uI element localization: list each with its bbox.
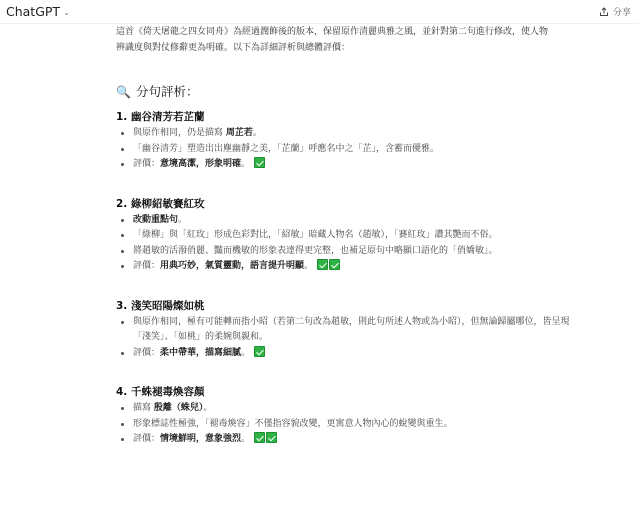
list-item: 評價：情境鮮明，意象強烈。 xyxy=(116,432,586,448)
check-mark-icon xyxy=(254,432,265,443)
model-selector[interactable]: ChatGPT ⌄ xyxy=(6,4,70,19)
bullet-list: 描寫 殷離（蛛兒）。 形象標誌性極強，「褪毒煥容」不僅指容貌改變，更寓意人物內心… xyxy=(116,401,586,448)
bold-text: 周芷若 xyxy=(226,128,253,138)
text: 。 xyxy=(241,434,250,444)
text: 評價： xyxy=(133,261,160,271)
list-item: 將趙敏的活潑俏麗、豔而機敏的形象表達得更完整，也補足原句中略顯口語化的「俏嬌敏」… xyxy=(116,244,586,260)
list-item: 「幽谷清芳」塑造出出塵幽靜之美，「芷蘭」呼應名中之「芷」，含蓄而優雅。 xyxy=(116,142,586,158)
analysis-item-3: 3. 淺笑昭陽燦如桃 與原作相同，極有可能轉而指小昭（若第二句改為趙敏，則此句所… xyxy=(116,297,586,362)
bold-text: 改動重點句 xyxy=(133,215,178,225)
assistant-message: 這首《倚天屠龍之四女同舟》為經過潤飾後的版本，保留原作清麗典雅之風，並針對第二句… xyxy=(116,24,586,448)
section-title-text: 分句評析： xyxy=(136,84,199,100)
intro-line-2: 辨識度與對仗修辭更為明確。以下為詳細評析與總體評價： xyxy=(116,40,586,56)
share-upload-icon xyxy=(599,7,609,17)
list-item: 「綠柳」與「紅玫」形成色彩對比，「紹敏」暗藏人物名（趙敏），「賽紅玫」讚其艷而不… xyxy=(116,228,586,244)
text: 將趙敏的活潑俏麗、豔而機敏的形象表達得更完整，也補足原句中略顯口語化的「俏嬌敏」… xyxy=(133,246,498,256)
list-item: 評價：意境高潔，形象明確。 xyxy=(116,157,586,173)
check-mark-icon xyxy=(329,259,340,270)
magnifier-icon: 🔍 xyxy=(116,84,131,100)
item-title: 3. 淺笑昭陽燦如桃 xyxy=(116,297,586,315)
list-item: 形象標誌性極強，「褪毒煥容」不僅指容貌改變，更寓意人物內心的蛻變與重生。 xyxy=(116,417,586,433)
bullet-list: 改動重點句。 「綠柳」與「紅玫」形成色彩對比，「紹敏」暗藏人物名（趙敏），「賽紅… xyxy=(116,213,586,275)
item-title: 2. 綠柳紹敏賽紅玫 xyxy=(116,195,586,213)
top-bar: ChatGPT ⌄ 分享 xyxy=(0,0,639,24)
check-mark-icon xyxy=(254,157,265,168)
text: 評價： xyxy=(133,434,160,444)
bold-text: 柔中帶華，描寫細膩 xyxy=(160,348,241,358)
check-mark-icon xyxy=(317,259,328,270)
item-title: 1. 幽谷清芳若芷蘭 xyxy=(116,108,586,126)
text: 。 xyxy=(178,215,187,225)
text: 。 xyxy=(241,348,250,358)
list-item: 與原作相同，極有可能轉而指小昭（若第二句改為趙敏，則此句所述人物或為小昭），但無… xyxy=(116,315,586,346)
list-item: 改動重點句。 xyxy=(116,213,586,229)
text: 描寫 xyxy=(133,403,154,413)
share-label: 分享 xyxy=(613,5,631,18)
chevron-down-icon: ⌄ xyxy=(63,8,70,17)
list-item: 與原作相同，仍是描寫 周芷若。 xyxy=(116,126,586,142)
section-heading: 🔍 分句評析： xyxy=(116,82,586,102)
text: 。 xyxy=(253,128,262,138)
bold-text: 情境鮮明，意象強烈 xyxy=(160,434,241,444)
analysis-item-1: 1. 幽谷清芳若芷蘭 與原作相同，仍是描寫 周芷若。 「幽谷清芳」塑造出出塵幽靜… xyxy=(116,108,586,173)
share-button[interactable]: 分享 xyxy=(599,5,631,18)
intro-line-1: 這首《倚天屠龍之四女同舟》為經過潤飾後的版本，保留原作清麗典雅之風，並針對第二句… xyxy=(116,24,586,40)
bold-text: 意境高潔，形象明確 xyxy=(160,159,241,169)
text: 「綠柳」與「紅玫」形成色彩對比，「紹敏」暗藏人物名（趙敏），「賽紅玫」讚其艷而不… xyxy=(133,230,498,240)
check-mark-icon xyxy=(266,432,277,443)
text: 評價： xyxy=(133,159,160,169)
bullet-list: 與原作相同，極有可能轉而指小昭（若第二句改為趙敏，則此句所述人物或為小昭），但無… xyxy=(116,315,586,362)
text: 「幽谷清芳」塑造出出塵幽靜之美，「芷蘭」呼應名中之「芷」，含蓄而優雅。 xyxy=(133,144,439,154)
bold-text: 用典巧妙，氣質靈動，語言提升明顯 xyxy=(160,261,304,271)
text: 。 xyxy=(304,261,313,271)
text: 。 xyxy=(203,403,212,413)
text: 形象標誌性極強，「褪毒煥容」不僅指容貌改變，更寓意人物內心的蛻變與重生。 xyxy=(133,419,453,429)
list-item: 評價：用典巧妙，氣質靈動，語言提升明顯。 xyxy=(116,259,586,275)
intro-paragraph: 這首《倚天屠龍之四女同舟》為經過潤飾後的版本，保留原作清麗典雅之風，並針對第二句… xyxy=(116,24,586,56)
text: 與原作相同，仍是描寫 xyxy=(133,128,226,138)
text: 評價： xyxy=(133,348,160,358)
analysis-item-4: 4. 千蛛褪毒煥容顏 描寫 殷離（蛛兒）。 形象標誌性極強，「褪毒煥容」不僅指容… xyxy=(116,383,586,448)
list-item: 描寫 殷離（蛛兒）。 xyxy=(116,401,586,417)
text: 。 xyxy=(241,159,250,169)
app-title: ChatGPT xyxy=(6,4,60,19)
item-title: 4. 千蛛褪毒煥容顏 xyxy=(116,383,586,401)
text: 與原作相同，極有可能轉而指小昭（若第二句改為趙敏，則此句所述人物或為小昭），但無… xyxy=(133,317,570,343)
bold-text: 殷離（蛛兒） xyxy=(154,403,204,413)
bullet-list: 與原作相同，仍是描寫 周芷若。 「幽谷清芳」塑造出出塵幽靜之美，「芷蘭」呼應名中… xyxy=(116,126,586,173)
list-item: 評價：柔中帶華，描寫細膩。 xyxy=(116,346,586,362)
analysis-item-2: 2. 綠柳紹敏賽紅玫 改動重點句。 「綠柳」與「紅玫」形成色彩對比，「紹敏」暗藏… xyxy=(116,195,586,275)
check-mark-icon xyxy=(254,346,265,357)
